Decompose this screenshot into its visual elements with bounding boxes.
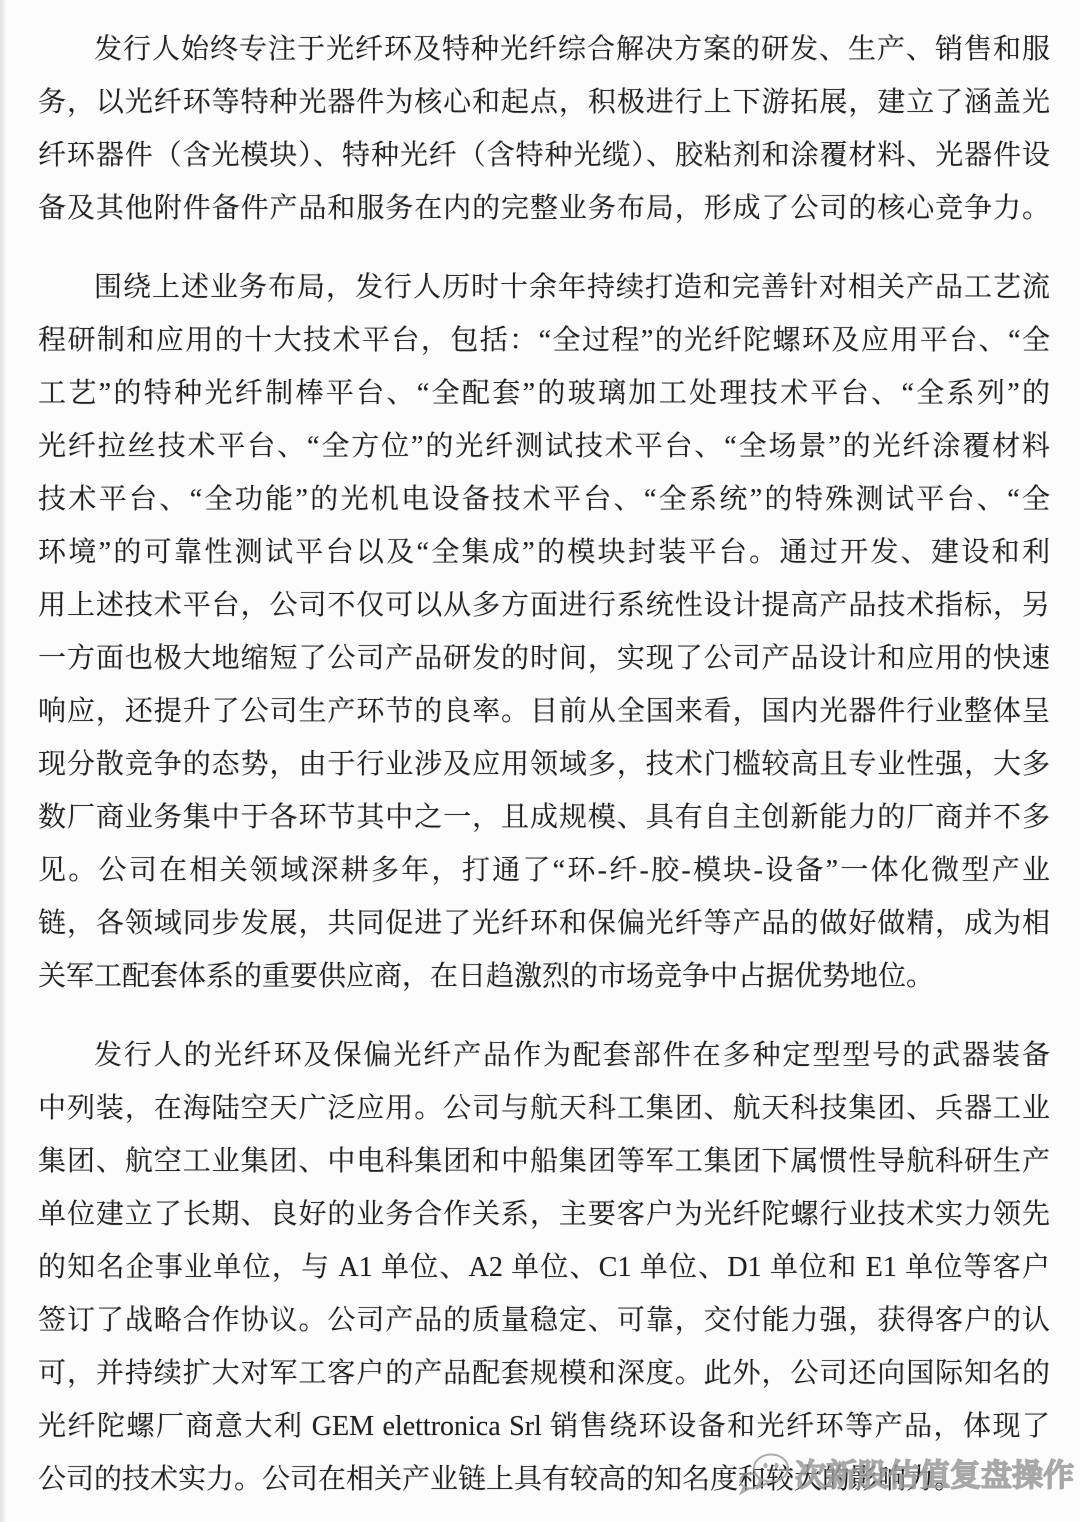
text-line: 务，以光纤环等特种光器件为核心和起点，积极进行上下游拓展，建立了涵盖光: [38, 76, 1050, 129]
text-line: 光纤陀螺厂商意大利 GEM elettronica Srl 销售绕环设备和光纤环…: [38, 1400, 1050, 1453]
text-line: 环境”的可靠性测试平台以及“全集成”的模块封装平台。通过开发、建设和利: [38, 526, 1050, 579]
text-line: 光纤拉丝技术平台、“全方位”的光纤测试技术平台、“全场景”的光纤涂覆材料: [38, 420, 1050, 473]
text-line: 程研制和应用的十大技术平台，包括：“全过程”的光纤陀螺环及应用平台、“全: [38, 314, 1050, 367]
text-line: 发行人的光纤环及保偏光纤产品作为配套部件在多种定型型号的武器装备: [38, 1029, 1050, 1082]
text-line: 工艺”的特种光纤制棒平台、“全配套”的玻璃加工处理技术平台、“全系列”的: [38, 367, 1050, 420]
text-line: 纤环器件（含光模块）、特种光纤（含特种光缆）、胶粘剂和涂覆材料、光器件设: [38, 129, 1050, 182]
text-line: 技术平台、“全功能”的光机电设备技术平台、“全系统”的特殊测试平台、“全: [38, 473, 1050, 526]
text-line: 单位建立了长期、良好的业务合作关系，主要客户为光纤陀螺行业技术实力领先: [38, 1188, 1050, 1241]
text-line: 公司的技术实力。公司在相关产业链上具有较高的知名度和较大的影响力。: [38, 1453, 1050, 1506]
document-body: 发行人始终专注于光纤环及特种光纤综合解决方案的研发、生产、销售和服务，以光纤环等…: [0, 0, 1080, 1506]
text-line: 集团、航空工业集团、中电科集团和中船集团等军工集团下属惯性导航科研生产: [38, 1135, 1050, 1188]
text-line: 可，并持续扩大对军工客户的产品配套规模和深度。此外，公司还向国际知名的: [38, 1347, 1050, 1400]
document-page: 发行人始终专注于光纤环及特种光纤综合解决方案的研发、生产、销售和服务，以光纤环等…: [0, 0, 1080, 1522]
paragraph: 围绕上述业务布局，发行人历时十余年持续打造和完善针对相关产品工艺流程研制和应用的…: [38, 261, 1050, 1003]
paragraph: 发行人始终专注于光纤环及特种光纤综合解决方案的研发、生产、销售和服务，以光纤环等…: [38, 23, 1050, 235]
text-line: 中列装，在海陆空天广泛应用。公司与航天科工集团、航天科技集团、兵器工业: [38, 1082, 1050, 1135]
text-line: 用上述技术平台，公司不仅可以从多方面进行系统性设计提高产品技术指标，另: [38, 579, 1050, 632]
text-line: 备及其他附件备件产品和服务在内的完整业务布局，形成了公司的核心竞争力。: [38, 182, 1050, 235]
text-line: 数厂商业务集中于各环节其中之一，且成规模、具有自主创新能力的厂商并不多: [38, 791, 1050, 844]
text-line: 响应，还提升了公司生产环节的良率。目前从全国来看，国内光器件行业整体呈: [38, 685, 1050, 738]
text-line: 见。公司在相关领域深耕多年，打通了“环-纤-胶-模块-设备”一体化微型产业: [38, 844, 1050, 897]
paragraph: 发行人的光纤环及保偏光纤产品作为配套部件在多种定型型号的武器装备中列装，在海陆空…: [38, 1029, 1050, 1506]
text-line: 的知名企事业单位，与 A1 单位、A2 单位、C1 单位、D1 单位和 E1 单…: [38, 1241, 1050, 1294]
text-line: 关军工配套体系的重要供应商，在日趋激烈的市场竞争中占据优势地位。: [38, 950, 1050, 1003]
text-line: 发行人始终专注于光纤环及特种光纤综合解决方案的研发、生产、销售和服: [38, 23, 1050, 76]
text-line: 一方面也极大地缩短了公司产品研发的时间，实现了公司产品设计和应用的快速: [38, 632, 1050, 685]
text-line: 围绕上述业务布局，发行人历时十余年持续打造和完善针对相关产品工艺流: [38, 261, 1050, 314]
text-line: 签订了战略合作协议。公司产品的质量稳定、可靠，交付能力强，获得客户的认: [38, 1294, 1050, 1347]
text-line: 链，各领域同步发展，共同促进了光纤环和保偏光纤等产品的做好做精，成为相: [38, 897, 1050, 950]
text-line: 现分散竞争的态势，由于行业涉及应用领域多，技术门槛较高且专业性强，大多: [38, 738, 1050, 791]
